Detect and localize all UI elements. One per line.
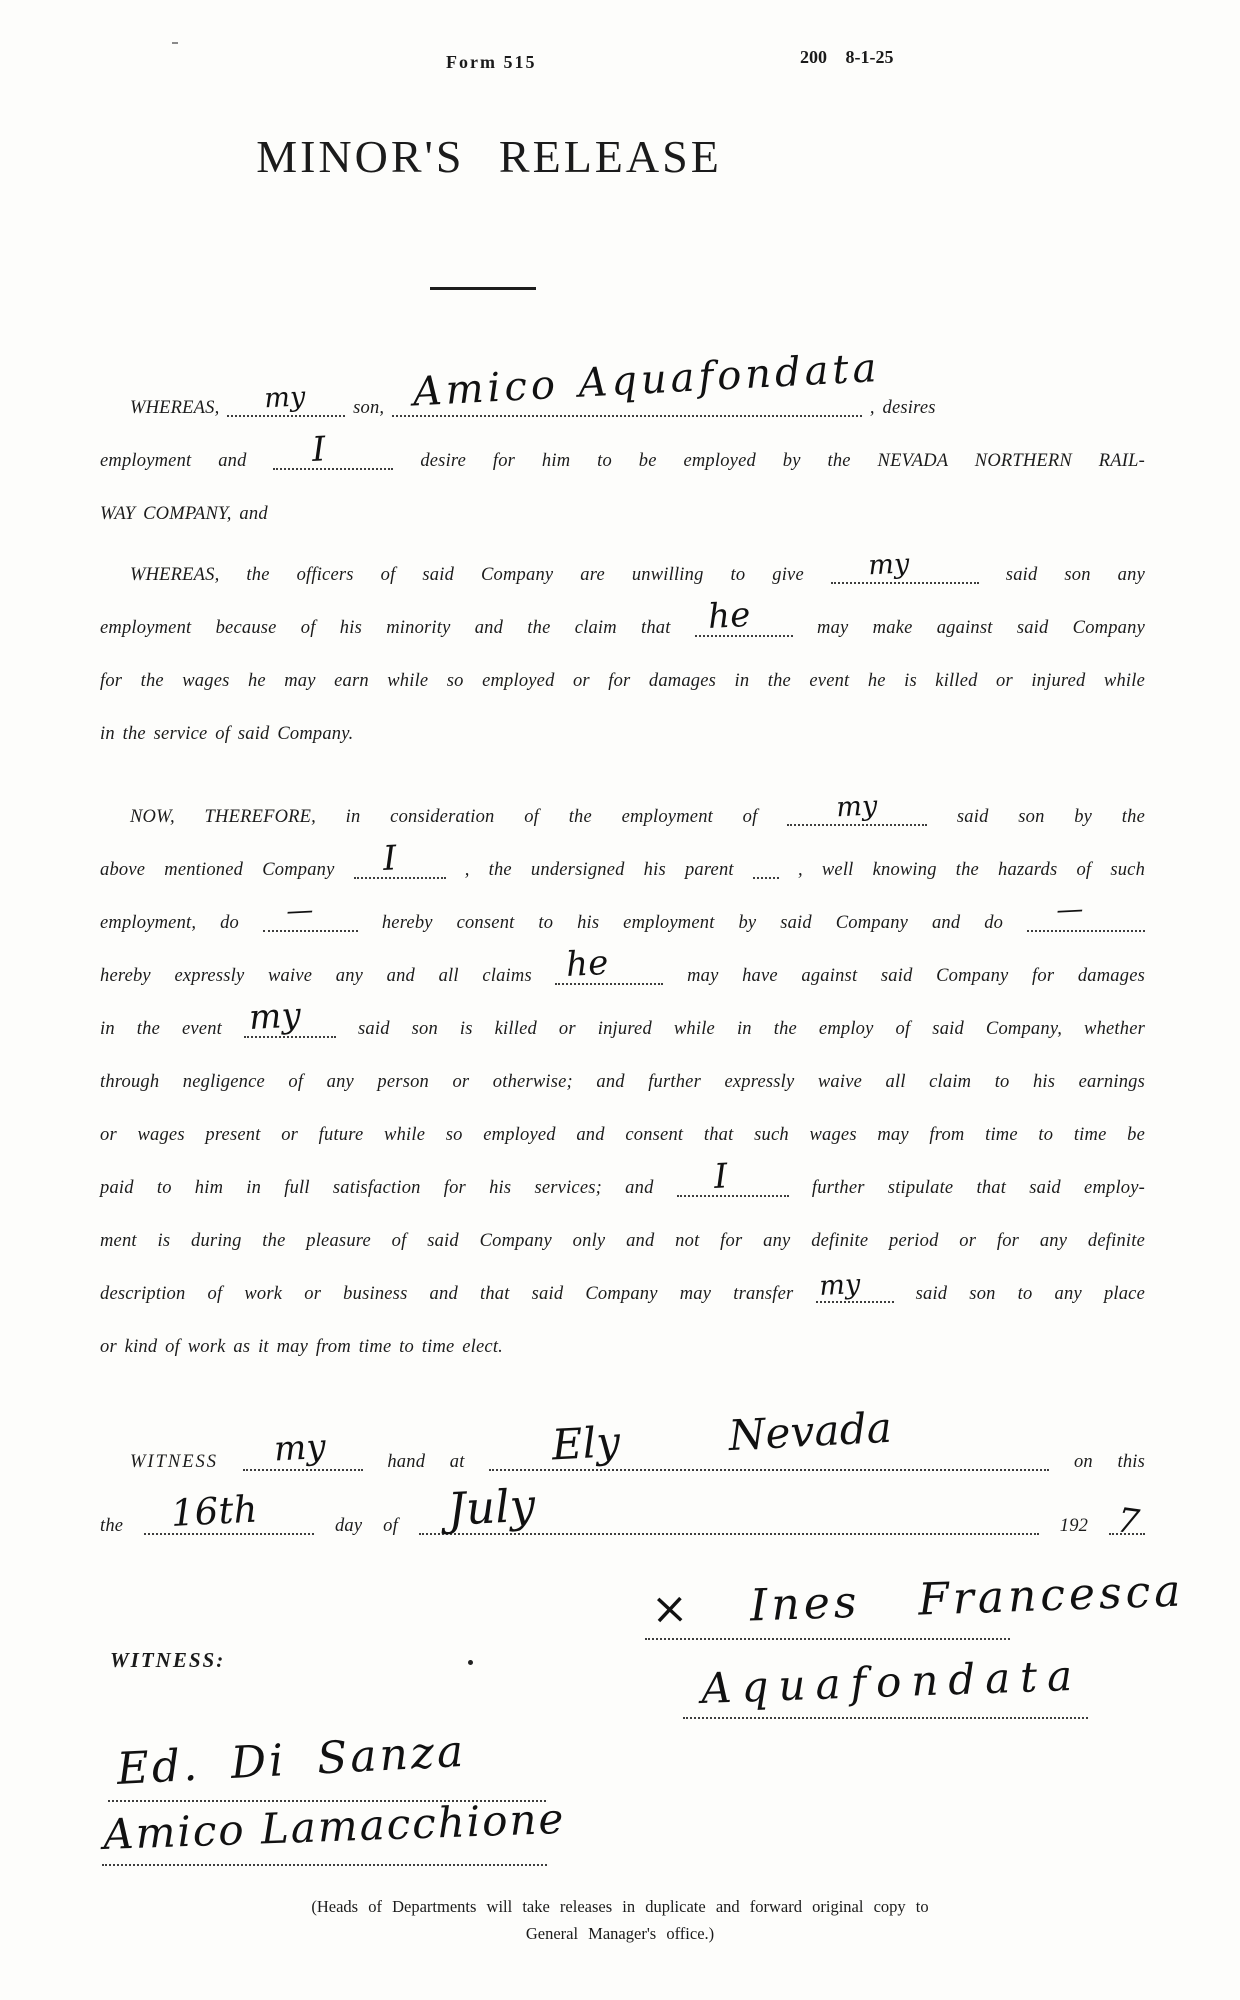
- witness-label: WITNESS:: [110, 1648, 225, 1673]
- blank-field: I: [273, 462, 393, 470]
- form-line: or wages present or future while so empl…: [100, 1109, 1145, 1162]
- blank-field: he: [695, 629, 793, 637]
- witness-signature-1: Ed. Di Sanza: [116, 1730, 468, 1792]
- printed-text: employment because of his minority and t…: [100, 618, 671, 638]
- blank-field: I: [354, 871, 446, 879]
- handwritten-entry: I: [382, 841, 397, 876]
- printed-text: hand at: [387, 1452, 464, 1472]
- signature-line: [683, 1717, 1088, 1719]
- blank-field: my: [831, 576, 979, 584]
- form-line: for the wages he may earn while so emplo…: [100, 655, 1145, 708]
- printed-text: , well knowing the hazards of such: [798, 860, 1145, 880]
- printed-text: the: [100, 1516, 123, 1536]
- printed-text: desire for him to be employed by the NEV…: [420, 451, 1145, 471]
- handwritten-entry: he: [707, 598, 751, 634]
- printed-text: may make against said Company: [817, 618, 1145, 638]
- title-divider: [430, 287, 536, 290]
- handwritten-entry: July: [447, 1482, 537, 1532]
- witness-clause-line1: WITNESS my hand at Ely Nevada on this: [100, 1432, 1145, 1492]
- blank-field: Ely Nevada: [489, 1463, 1049, 1471]
- blank-field: 7: [1109, 1527, 1145, 1535]
- stock-code: 200 8-1-25: [800, 47, 894, 68]
- paragraph-whereas-son: WHEREAS, my son, Amico Aquafondata , des…: [100, 382, 1145, 541]
- handwritten-entry: —: [1056, 896, 1085, 924]
- blank-field: [753, 871, 779, 879]
- handwritten-entry: I: [312, 432, 327, 467]
- form-line: description of work or business and that…: [100, 1268, 1145, 1321]
- printed-text: 192: [1060, 1516, 1088, 1536]
- printed-text: NOW, THEREFORE, in consideration of the …: [130, 807, 757, 827]
- form-line: paid to him in full satisfaction for his…: [100, 1162, 1145, 1215]
- form-line: employment and I desire for him to be em…: [100, 435, 1145, 488]
- printed-text: said son is killed or injured while in t…: [358, 1019, 1145, 1039]
- printed-text: or kind of work as it may from time to t…: [100, 1337, 503, 1357]
- printed-text: paid to him in full satisfaction for his…: [100, 1178, 654, 1198]
- blank-field: —: [263, 924, 358, 932]
- handwritten-entry: my: [234, 383, 307, 414]
- printed-text: employment, do: [100, 913, 239, 933]
- printed-text: , desires: [870, 398, 936, 418]
- blank-field: I: [677, 1189, 789, 1197]
- footer-note-line1: (Heads of Departments will take releases…: [0, 1893, 1240, 1920]
- handwritten-entry: my: [837, 550, 910, 581]
- paragraph-now-therefore: NOW, THEREFORE, in consideration of the …: [100, 791, 1145, 1374]
- blank-field: my: [227, 409, 345, 417]
- form-line: employment, do — hereby consent to his e…: [100, 897, 1145, 950]
- handwritten-entry: my: [243, 1430, 327, 1468]
- form-line: WHEREAS, the officers of said Company ar…: [100, 549, 1145, 602]
- printed-text: employment and: [100, 451, 247, 471]
- printed-text: in the event: [100, 1019, 222, 1039]
- printed-text: said son to any place: [916, 1284, 1145, 1304]
- form-line: hereby expressly waive any and all claim…: [100, 950, 1145, 1003]
- printed-text: said son any: [1006, 565, 1145, 585]
- blank-field: my: [816, 1295, 894, 1303]
- printed-text: or wages present or future while so empl…: [100, 1125, 1145, 1145]
- paragraph-whereas-officers: WHEREAS, the officers of said Company ar…: [100, 549, 1145, 761]
- form-line: in the service of said Company.: [100, 708, 1145, 761]
- stray-period-mark: [468, 1660, 473, 1665]
- blank-field: Amico Aquafondata: [392, 409, 862, 417]
- witness-clause-line2: the 16th day of July 192 7: [100, 1496, 1145, 1556]
- form-line: WITNESS my hand at Ely Nevada on this: [100, 1432, 1145, 1492]
- form-line: WHEREAS, my son, Amico Aquafondata , des…: [100, 382, 1145, 435]
- printed-text: WITNESS: [130, 1452, 218, 1472]
- printed-text: said son by the: [957, 807, 1145, 827]
- printed-text: on this: [1074, 1452, 1145, 1472]
- handwritten-entry: —: [286, 897, 315, 925]
- handwritten-entry: he: [566, 946, 610, 982]
- printed-text: may have against said Company for damage…: [687, 966, 1145, 986]
- footer-note-line2: General Manager's office.): [0, 1920, 1240, 1947]
- printed-text: hereby expressly waive any and all claim…: [100, 966, 532, 986]
- printed-text: further stipulate that said employ-: [812, 1178, 1145, 1198]
- handwritten-entry: Ely Nevada: [521, 1407, 893, 1468]
- form-line: the 16th day of July 192 7: [100, 1496, 1145, 1556]
- form-line: ment is during the pleasure of said Comp…: [100, 1215, 1145, 1268]
- witness-signature-2: Amico Lamacchione: [103, 1798, 566, 1856]
- printed-text: hereby consent to his employment by said…: [382, 913, 1003, 933]
- footer-note: (Heads of Departments will take releases…: [0, 1893, 1240, 1947]
- printed-text: , the undersigned his parent: [465, 860, 734, 880]
- parent-signature-line1: × Ines Francesca: [650, 1569, 1185, 1632]
- form-line: WAY COMPANY, and: [100, 488, 1145, 541]
- printed-text: WAY COMPANY, and: [100, 504, 268, 524]
- handwritten-entry: 16th: [170, 1491, 258, 1532]
- page-title: MINOR'S RELEASE: [0, 130, 978, 183]
- witness-signature-line: [102, 1864, 547, 1866]
- form-line: above mentioned Company I , the undersig…: [100, 844, 1145, 897]
- handwritten-entry: my: [248, 998, 302, 1035]
- printed-text: in the service of said Company.: [100, 724, 353, 744]
- minor-release-form-page: Form 515 200 8-1-25 MINOR'S RELEASE WHER…: [0, 0, 1240, 2000]
- handwritten-entry: 7: [1115, 1503, 1141, 1540]
- form-line: or kind of work as it may from time to t…: [100, 1321, 1145, 1374]
- blank-field: my: [243, 1463, 363, 1471]
- form-line: employment because of his minority and t…: [100, 602, 1145, 655]
- printed-text: son,: [353, 398, 384, 418]
- blank-field: 16th: [144, 1527, 314, 1535]
- printed-text: description of work or business and that…: [100, 1284, 793, 1304]
- printed-text: above mentioned Company: [100, 860, 335, 880]
- scan-artifact-mark: [172, 42, 178, 44]
- printed-text: day of: [335, 1516, 398, 1536]
- signature-line: [645, 1638, 1010, 1640]
- handwritten-entry: Amico Aquafondata: [382, 348, 881, 414]
- blank-field: my: [244, 1030, 336, 1038]
- blank-field: July: [419, 1527, 1039, 1535]
- handwritten-entry: my: [818, 1271, 861, 1300]
- form-number: Form 515: [446, 52, 536, 73]
- blank-field: my: [787, 818, 927, 826]
- form-line: through negligence of any person or othe…: [100, 1056, 1145, 1109]
- printed-text: for the wages he may earn while so emplo…: [100, 671, 1145, 691]
- printed-text: WHEREAS,: [130, 398, 219, 418]
- handwritten-entry: my: [806, 792, 879, 823]
- form-line: NOW, THEREFORE, in consideration of the …: [100, 791, 1145, 844]
- blank-field: —: [1027, 924, 1145, 932]
- form-line: in the event my said son is killed or in…: [100, 1003, 1145, 1056]
- printed-text: ment is during the pleasure of said Comp…: [100, 1231, 1145, 1251]
- parent-signature-line2: Aquafondata: [701, 1655, 1083, 1710]
- blank-field: he: [555, 977, 663, 985]
- handwritten-entry: I: [713, 1159, 728, 1194]
- printed-text: through negligence of any person or othe…: [100, 1072, 1145, 1092]
- printed-text: WHEREAS, the officers of said Company ar…: [130, 565, 804, 585]
